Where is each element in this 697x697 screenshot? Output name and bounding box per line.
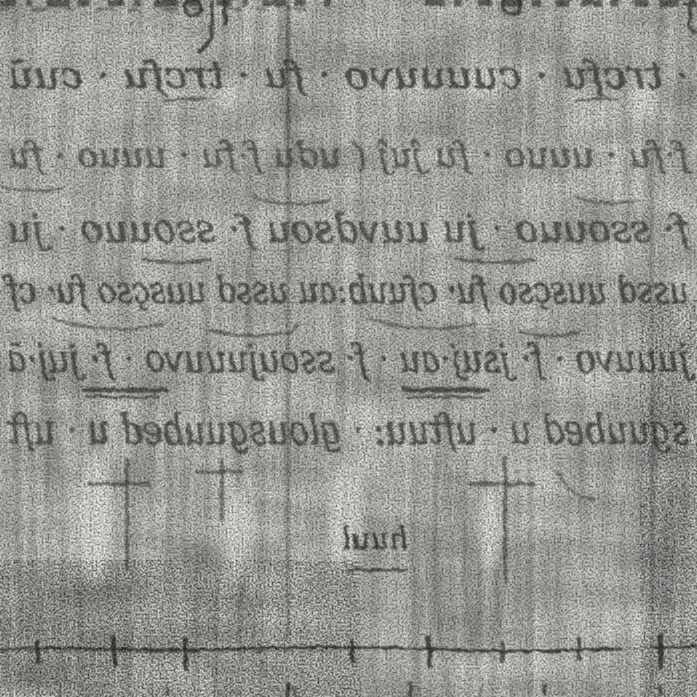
paper-grain-heavy-bottom bbox=[0, 560, 360, 697]
paper-grain-heavy-right bbox=[640, 300, 697, 697]
manuscript-texture: · trcfu · cuuuuvo · fu · trcfu · cuū f·f… bbox=[0, 0, 697, 697]
manuscript-scan: · trcfu · cuuuuvo · fu · trcfu · cuū f·f… bbox=[0, 0, 697, 697]
